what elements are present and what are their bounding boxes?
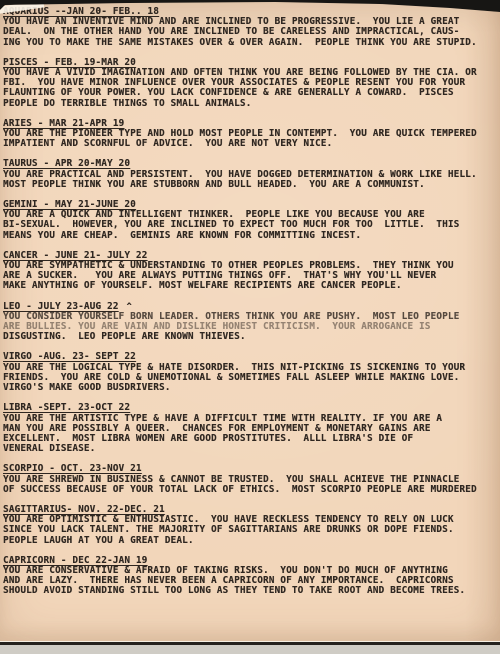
sign-section-scorpio: SCORPIO - OCT. 23-NOV 21 YOU ARE SHREWD … [3,464,500,495]
photo-background: { "colors": { "background": "#171614", "… [0,0,500,654]
sign-section-aquarius: AQUARIUS --JAN 20- FEB.. 18 YOU HAVE AN … [3,7,500,48]
sign-section-cancer: CANCER - JUNE 21- JULY 22 YOU ARE SYMPAT… [3,251,500,292]
sign-header: SCORPIO - OCT. 23-NOV 21 [3,464,500,474]
sign-line: ING YOU TO MAKE THE SAME MISTAKES OVER &… [3,38,500,48]
sign-header-text: SCORPIO - OCT. 23-NOV 21 [3,463,142,474]
document-paper: AQUARIUS --JAN 20- FEB.. 18 YOU HAVE AN … [0,0,500,641]
sign-section-capricorn: CAPRICORN - DEC 22-JAN 19 YOU ARE CONSER… [3,556,500,597]
sign-line: OF SUCCESS BECAUSE OF YOUR TOTAL LACK OF… [3,485,500,495]
sign-header-text: TAURUS - APR 20-MAY 20 [3,158,130,169]
sign-line: MEANS YOU ARE CHEAP. GEMINIS ARE KNOWN F… [3,231,500,241]
sign-section-virgo: VIRGO -AUG. 23- SEPT 22 YOU ARE THE LOGI… [3,352,500,393]
sign-section-aries: ARIES - MAR 21-APR 19 YOU ARE THE PIONEE… [3,119,500,150]
sign-line: PEOPLE DO TERRIBLE THINGS TO SMALL ANIMA… [3,99,500,109]
sign-line: MAKE ANYTHING OF YOURSELF. MOST WELFARE … [3,281,500,291]
sign-section-leo: LEO - JULY 23-AUG 22^ YOU CONSIDER YOURS… [3,302,500,343]
sign-line: MOST PEOPLE THINK YOU ARE STUBBORN AND B… [3,180,500,190]
sign-line: SINCE YOU LACK TALENT. THE MAJORITY OF S… [3,525,500,535]
sign-section-taurus: TAURUS - APR 20-MAY 20 YOU ARE PRACTICAL… [3,159,500,190]
sign-header-text: LIBRA -SEPT. 23-OCT 22 [3,402,130,413]
sign-line: VENERAL DISEASE. [3,444,500,454]
photo-bottom-edge [0,641,500,654]
sign-line: VIRGO'S MAKE GOOD BUSDRIVERS. [3,383,500,393]
sign-header-text: VIRGO -AUG. 23- SEPT 22 [3,351,136,362]
sign-line: IMPATIENT AND SCORNFUL OF ADVICE. YOU AR… [3,139,500,149]
sign-line: ARE BULLIES. YOU ARE VAIN AND DISLIKE HO… [3,322,500,332]
sign-header: LIBRA -SEPT. 23-OCT 22 [3,403,500,413]
sign-section-pisces: PISCES - FEB. 19-MAR 20 YOU HAVE A VIVID… [3,58,500,109]
sign-line: SHOULD AVOID STANDING STILL TOO LONG AS … [3,586,500,596]
sign-section-libra: LIBRA -SEPT. 23-OCT 22 YOU ARE THE ARTIS… [3,403,500,454]
sign-section-sagittarius: SAGITTARIUS- NOV. 22-DEC. 21 YOU ARE OPT… [3,505,500,546]
sign-line: DISGUSTING. LEO PEOPLE ARE KNOWN THIEVES… [3,332,500,342]
sign-line: PEOPLE LAUGH AT YOU A GREAT DEAL. [3,536,500,546]
sign-section-gemini: GEMINI - MAY 21-JUNE 20 YOU ARE A QUICK … [3,200,500,241]
